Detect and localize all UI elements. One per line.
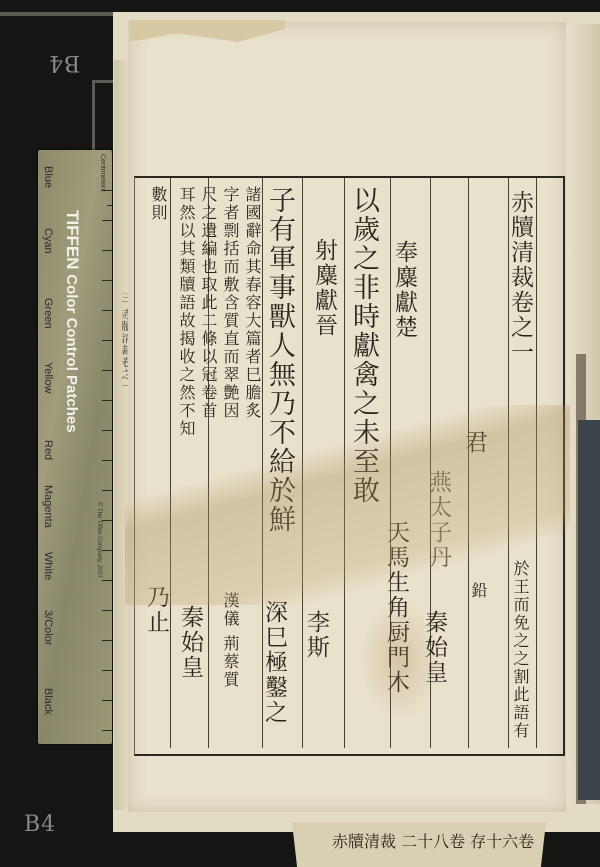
tiffen-logo: TIFFEN Color Control Patches xyxy=(62,210,82,433)
text-column-shemi: 射麋獻晉 xyxy=(312,238,335,338)
patch-label-red: Red xyxy=(42,440,54,460)
patch-label-magenta: Magenta xyxy=(42,485,54,528)
patch-label-black: Black xyxy=(42,688,54,715)
note-column-2: 字者剽括而敷含質直而翠艶因 xyxy=(222,186,238,420)
lower-column-naizhi: 乃止 xyxy=(144,585,167,635)
book-cover-edge xyxy=(578,420,600,800)
frame-line-inner-v xyxy=(92,80,95,150)
text-column-ziyou: 子有軍事獸人無乃不給於鮮 xyxy=(266,186,293,534)
note-column-1: 諸國辭命其春容大篇者巳膽炙 xyxy=(244,186,260,420)
text-column-yisui: 以歲之非時獻禽之未至敢 xyxy=(350,186,377,505)
ruler-scale xyxy=(98,150,112,744)
patch-label-yellow: Yellow xyxy=(42,362,54,393)
book-title-column: 赤牘清裁卷之一 xyxy=(508,190,531,365)
fragment-yantaizi: 燕太子丹 xyxy=(426,470,449,570)
lower-column-lisi: 李斯 xyxy=(304,610,327,660)
patch-label-blue: Blue xyxy=(42,166,54,188)
note-column-4: 耳然以其類牘語故揭收之然不知 xyxy=(178,186,194,438)
bottom-catalog-label: 赤牘清裁 二十八卷 存十六卷 xyxy=(292,822,546,867)
text-column-fengmi: 奉麋獻楚 xyxy=(392,240,415,340)
lower-column-shenji: 深巳極鑿之 xyxy=(262,600,285,725)
note-column-3: 尺之遺編也取此二條以冠卷首 xyxy=(200,186,216,420)
patch-label-3color: 3/Color xyxy=(42,610,54,645)
marker-bottom: B4 xyxy=(24,812,56,837)
patch-label-white: White xyxy=(42,552,54,580)
patch-label-cyan: Cyan xyxy=(42,228,54,254)
fragment-qian: 鉛 xyxy=(470,582,486,600)
marker-top: B4 xyxy=(48,50,80,75)
lower-column-qinshihuang-1: 秦始皇 xyxy=(178,605,201,680)
stain-spot xyxy=(360,600,440,720)
lower-column-yuwang: 於王而免之之割此語有 xyxy=(512,560,528,740)
lower-column-hanyi: 漢儀 荊蔡質 xyxy=(222,592,238,689)
color-control-strip: Blue Cyan Green Yellow Red Magenta White… xyxy=(38,150,112,744)
frame-line-inner-h xyxy=(92,80,114,83)
note-column-5: 數則 xyxy=(150,186,166,222)
patch-label-green: Green xyxy=(42,298,54,329)
fragment-jun: 君 xyxy=(462,430,485,455)
